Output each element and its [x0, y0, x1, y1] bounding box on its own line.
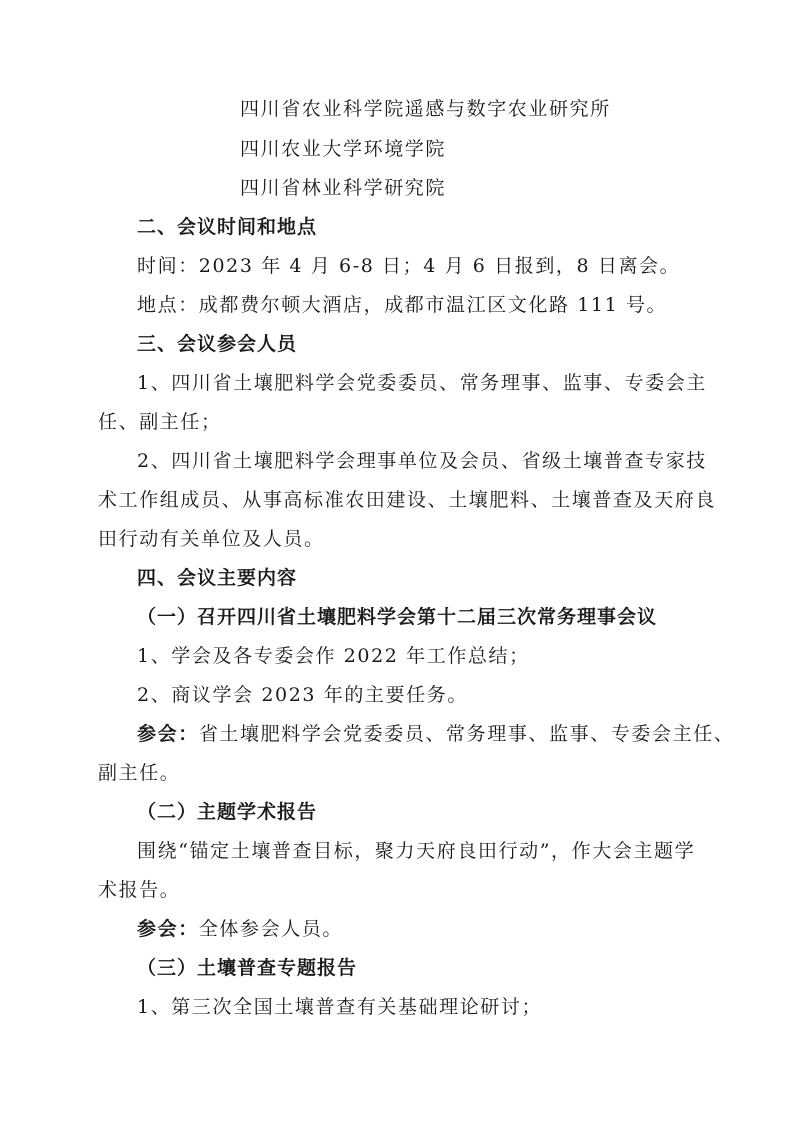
attend-text: 省土壤肥料学会党委委员、常务理事、监事、专委会主任、	[199, 723, 735, 745]
paragraph-line: 1、第三次全国土壤普查有关基础理论研讨；	[137, 995, 542, 1019]
paragraph-line: 围绕“锚定土壤普查目标，聚力天府良田行动”，作大会主题学	[137, 839, 695, 863]
attend-label: 参会：	[137, 723, 199, 745]
subsection-heading: （三）土壤普查专题报告	[137, 956, 357, 980]
paragraph-line: 2、四川省土壤肥料学会理事单位及会员、省级土壤普查专家技	[137, 449, 707, 473]
meeting-time: 时间：2023 年 4 月 6-8 日；4 月 6 日报到，8 日离会。	[137, 254, 680, 278]
paragraph-line: 2、商议学会 2023 年的主要任务。	[137, 683, 468, 707]
paragraph-line: 参会：全体参会人员。	[137, 917, 343, 941]
paragraph-line: 参会：省土壤肥料学会党委委员、常务理事、监事、专委会主任、	[137, 722, 734, 746]
paragraph-line: 1、四川省土壤肥料学会党委委员、常务理事、监事、专委会主	[137, 371, 707, 395]
meeting-place: 地点：成都费尔顿大酒店，成都市温江区文化路 111 号。	[137, 293, 667, 317]
paragraph-line: 1、学会及各专委会作 2022 年工作总结；	[137, 644, 530, 668]
attend-label: 参会：	[137, 918, 199, 940]
organizer-line: 四川农业大学环境学院	[240, 137, 446, 161]
paragraph-line: 术报告。	[98, 878, 180, 902]
paragraph-line: 田行动有关单位及人员。	[98, 527, 325, 551]
subsection-heading: （二）主题学术报告	[137, 800, 317, 824]
paragraph-line: 术工作组成员、从事高标准农田建设、土壤肥料、土壤普查及天府良	[98, 488, 716, 512]
attend-text: 全体参会人员。	[199, 918, 343, 940]
subsection-heading: （一）召开四川省土壤肥料学会第十二届三次常务理事会议	[137, 605, 657, 629]
paragraph-line: 任、副主任；	[98, 410, 222, 434]
organizer-line: 四川省林业科学研究院	[240, 176, 446, 200]
section-heading: 三、会议参会人员	[137, 332, 297, 356]
section-heading: 二、会议时间和地点	[137, 215, 317, 239]
paragraph-line: 副主任。	[98, 761, 180, 785]
section-heading: 四、会议主要内容	[137, 566, 297, 590]
organizer-line: 四川省农业科学院遥感与数字农业研究所	[240, 97, 611, 121]
